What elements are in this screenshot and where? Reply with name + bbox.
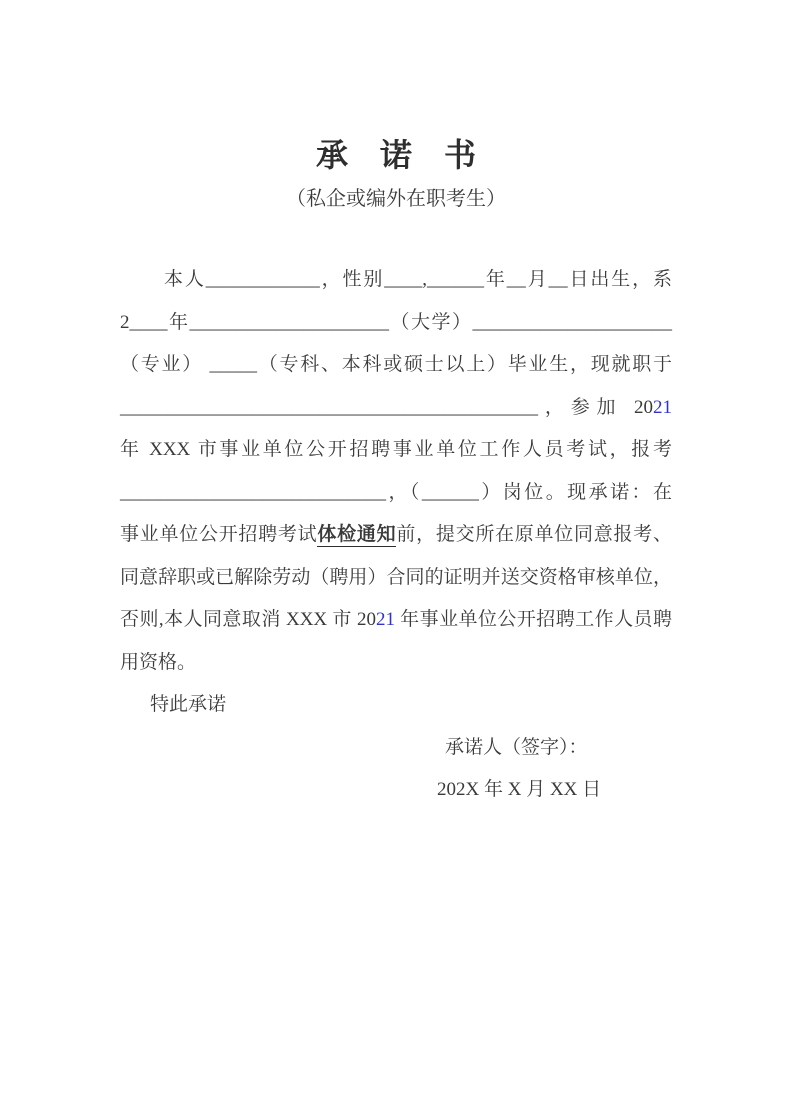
- signature-date: 202X 年 X 月 XX 日: [437, 769, 672, 812]
- year-digits-blue-2: 21: [376, 609, 395, 630]
- body-line-5: 年 XXX 市事业单位公开招聘事业单位工作人员考试，报考: [120, 429, 672, 472]
- body-line-1: 本人____________，性别____,______年__月__日出生，系: [120, 259, 672, 302]
- body-line-10: 用资格。: [120, 642, 672, 685]
- closing-statement: 特此承诺: [120, 684, 672, 727]
- body-line-2: 2____年_____________________（大学）_________…: [120, 302, 672, 345]
- body-line-9: 否则,本人同意取消 XXX 市 2021 年事业单位公开招聘工作人员聘: [120, 599, 672, 642]
- body-line-3: （专业） _____（专科、本科或硕士以上）毕业生，现就职于: [120, 344, 672, 387]
- year-digits-blue: 21: [653, 397, 672, 418]
- body-line-7-suffix: 前，提交所在原单位同意报考、: [396, 524, 672, 545]
- medical-notice-emphasis: 体检通知: [317, 524, 396, 547]
- signer-label: 承诺人（签字）：: [445, 727, 672, 770]
- document-page: 承 诺 书 （私企或编外在职考生） 本人____________，性别____,…: [0, 0, 792, 1120]
- document-subtitle: （私企或编外在职考生）: [0, 187, 792, 211]
- body-line-9-prefix: 否则,本人同意取消 XXX 市 20: [120, 609, 376, 630]
- document-title: 承 诺 书: [0, 0, 792, 172]
- body-line-8: 同意辞职或已解除劳动（聘用）合同的证明并送交资格审核单位，: [120, 557, 672, 600]
- body-line-4: ________________________________________…: [120, 387, 672, 430]
- document-body: 本人____________，性别____,______年__月__日出生，系 …: [120, 259, 672, 812]
- body-line-6: ____________________________，（______）岗位。…: [120, 472, 672, 515]
- body-line-7: 事业单位公开招聘考试体检通知前，提交所在原单位同意报考、: [120, 514, 672, 557]
- body-line-7-prefix: 事业单位公开招聘考试: [120, 524, 317, 545]
- body-line-4-text: ________________________________________…: [120, 397, 653, 418]
- body-line-9-suffix: 年事业单位公开招聘工作人员聘: [395, 609, 672, 630]
